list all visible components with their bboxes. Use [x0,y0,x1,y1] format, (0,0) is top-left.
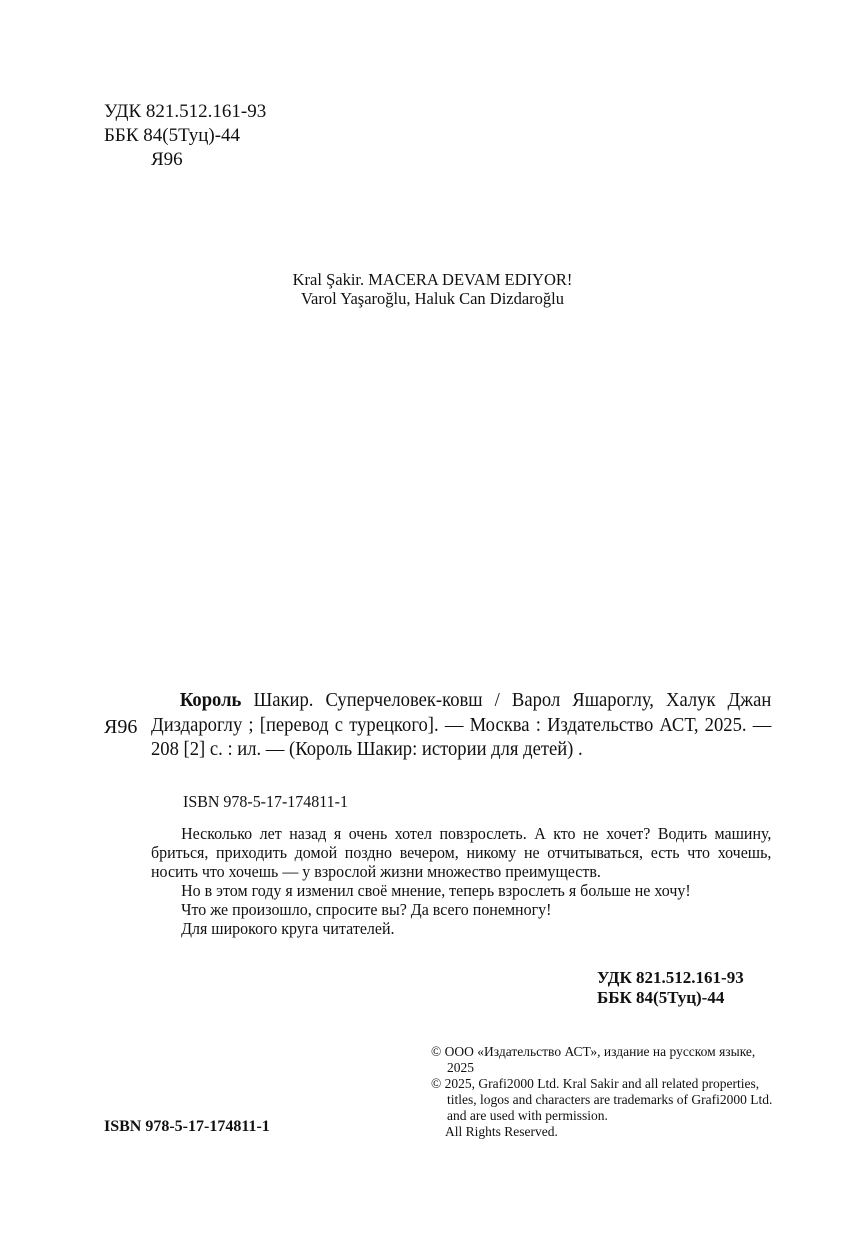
udk-label: УДК [104,101,141,122]
isbn-bottom: ISBN 978-5-17-174811-1 [104,1117,270,1137]
record-text: Шакир. Суперчеловек-ковш / Варол Яшарогл… [151,689,771,760]
footer-udk: УДК 821.512.161-93 [597,968,744,988]
annotation-paragraph: Что же произошло, спросите вы? Да всего … [151,900,771,919]
record-author-mark: Я96 [104,715,137,739]
original-authors: Varol Yaşaroğlu, Haluk Can Dizdaroğlu [0,289,845,308]
annotation-paragraph: Несколько лет назад я очень хотел повзро… [151,824,771,881]
copyright-entry: © ООО «Издательство АСТ», издание на рус… [431,1044,776,1076]
record-author: Король [180,689,242,711]
original-title: Kral Şakir. MACERA DEVAM EDIYOR! [0,270,845,289]
bbk-value: 84(5Туц)-44 [143,125,240,146]
bibliographic-record: Король Шакир. Суперчеловек-ковш / Варол … [151,688,771,762]
record-isbn: ISBN 978-5-17-174811-1 [183,792,348,812]
bbk-label: ББК [104,125,139,146]
rights-reserved: All Rights Reserved. [431,1124,776,1140]
annotation-paragraph: Но в этом году я изменил своё мнение, те… [151,881,771,900]
copyright-entry: © 2025, Grafi2000 Ltd. Kral Sakir and al… [431,1076,776,1124]
udk-value: 821.512.161-93 [146,101,266,122]
author-mark: Я96 [151,148,183,171]
original-title-block: Kral Şakir. MACERA DEVAM EDIYOR! Varol Y… [0,270,845,308]
footer-bbk: ББК 84(5Туц)-44 [597,988,724,1008]
annotation: Несколько лет назад я очень хотел повзро… [151,824,771,938]
copyright-block: © ООО «Издательство АСТ», издание на рус… [431,1044,776,1140]
udk-classification: УДК 821.512.161-93 [104,100,266,123]
annotation-audience: Для широкого круга читателей. [151,919,771,938]
bbk-classification: ББК 84(5Туц)-44 [104,124,240,147]
